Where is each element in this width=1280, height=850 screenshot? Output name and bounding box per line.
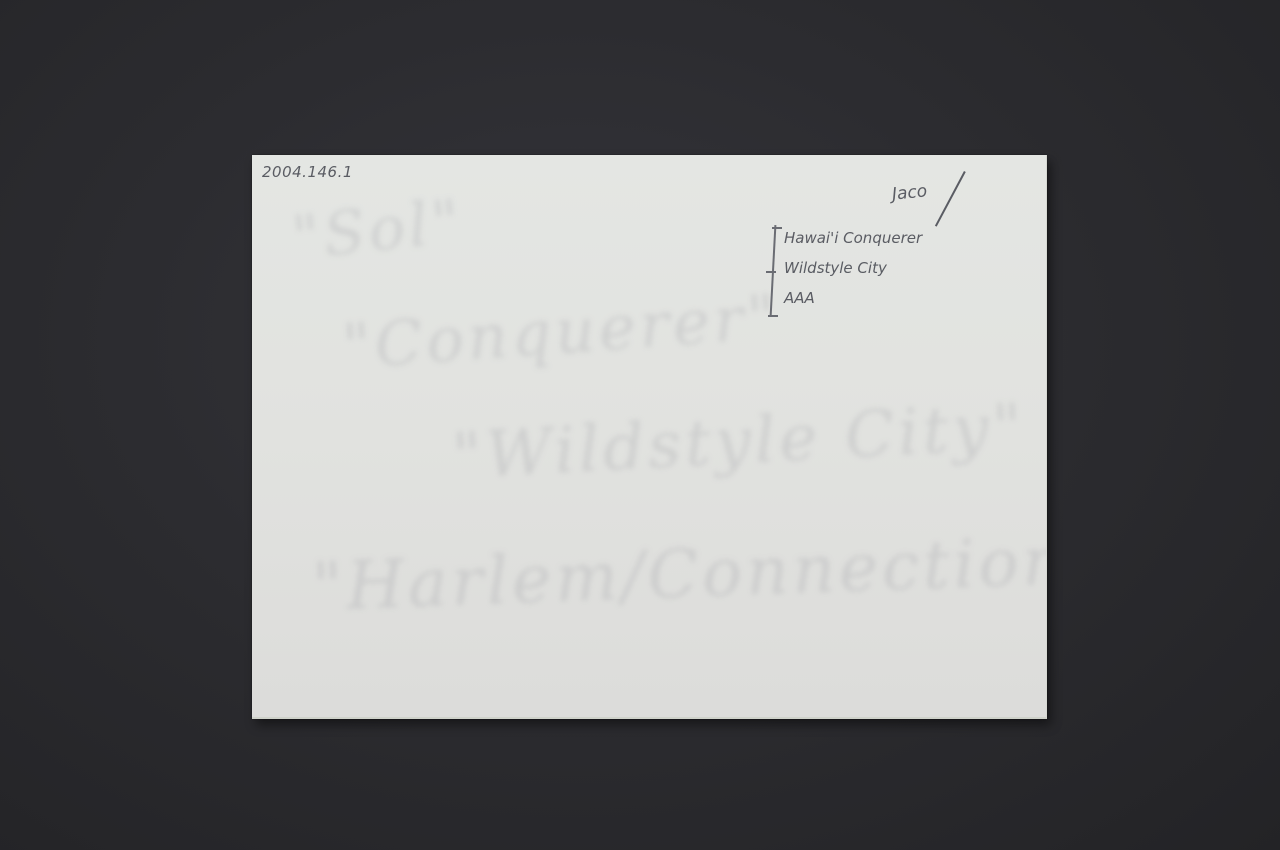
note-line-1: Hawai'i Conquerer [770, 223, 922, 253]
note-line-3: AAA [770, 283, 922, 313]
bleed-line-4: "Harlem/Connection" [311, 521, 1047, 626]
accession-number: 2004.146.1 [262, 163, 353, 181]
bleed-line-3: "Wildstyle City" [450, 390, 1027, 494]
bleed-through-writing: "Sol" "Conquerer" "Wildstyle City" "Harl… [252, 155, 1046, 717]
bleed-line-2: "Conquerer" [340, 280, 782, 383]
bleed-line-1: "Sol" [289, 186, 467, 274]
note-line-2: Wildstyle City [770, 253, 922, 283]
photo-card-back: "Sol" "Conquerer" "Wildstyle City" "Harl… [252, 155, 1047, 719]
pencil-notes: Hawai'i Conquerer Wildstyle City AAA [770, 223, 922, 313]
bracket-tick-bottom [768, 315, 778, 317]
signature-slash [935, 171, 965, 226]
signature: Jaco [891, 181, 928, 205]
